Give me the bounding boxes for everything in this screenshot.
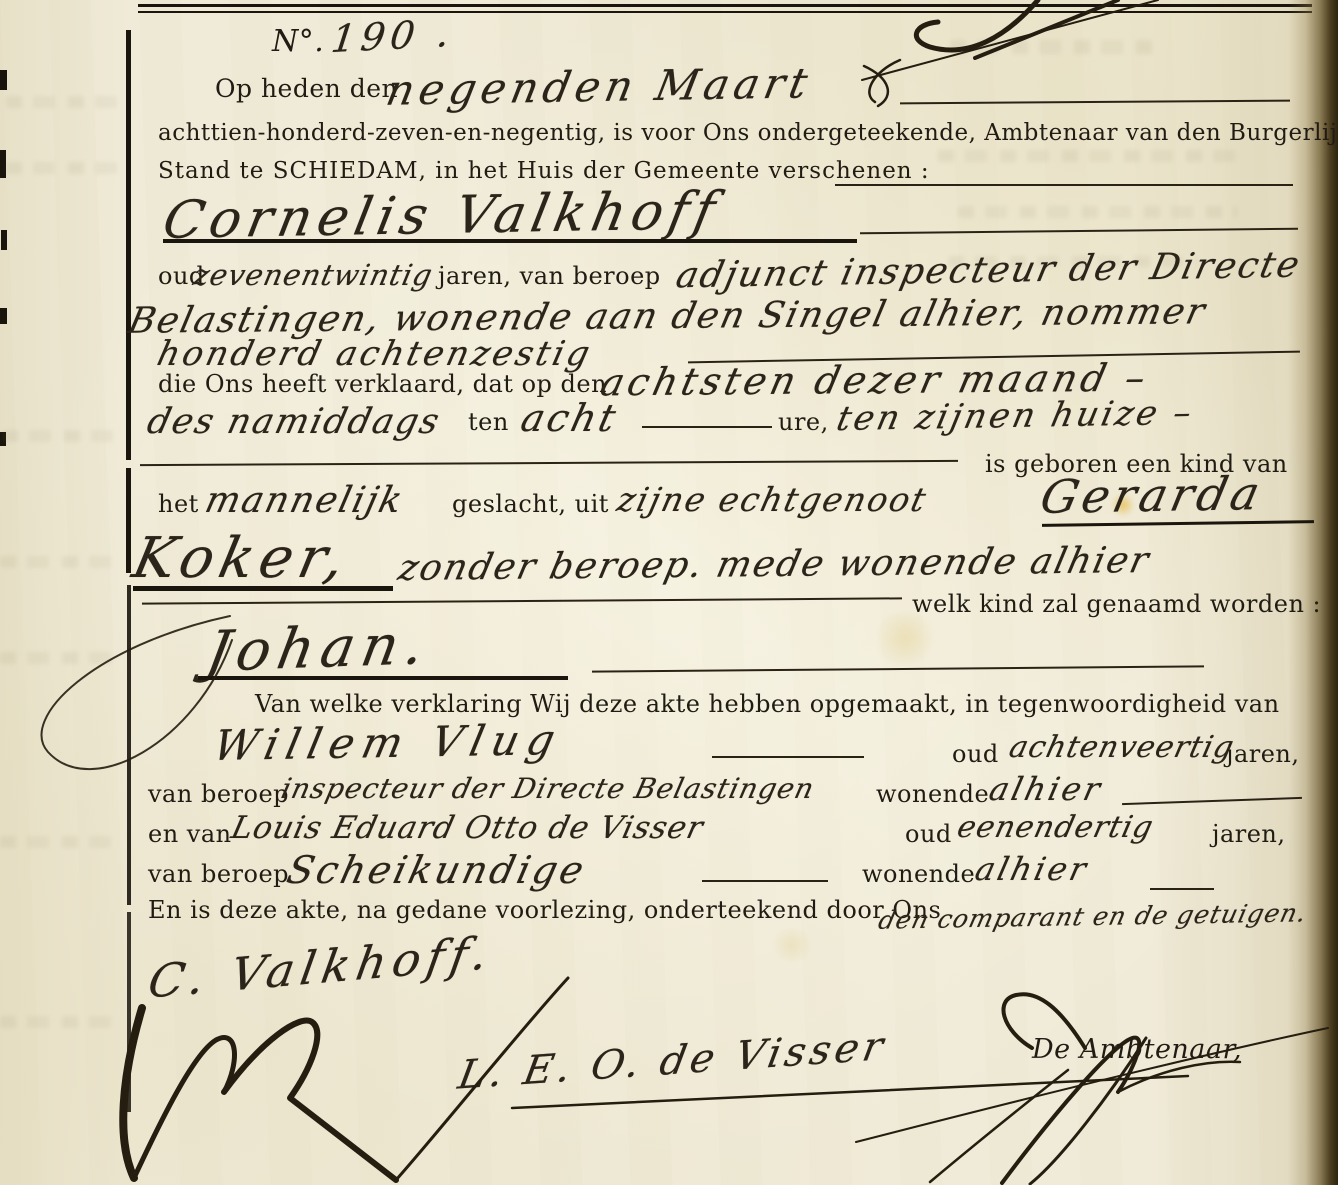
- witness2-beroep: Scheikundige: [283, 848, 591, 892]
- declarant-age: zevenentwintig: [190, 258, 436, 292]
- top-flourish-stroke: [864, 66, 888, 106]
- witness1-beroep: inspecteur der Directe Belastingen: [278, 772, 818, 805]
- bleedthrough-text: [958, 206, 1238, 218]
- blank-fill-line: [860, 228, 1298, 235]
- year-text: achttien-honderd-zeven-en-negentig, is v…: [158, 120, 1338, 146]
- official-title: De Ambtenaar,: [1032, 1034, 1242, 1065]
- closing-text: En is deze akte, na gedane voorlezing, o…: [148, 896, 941, 924]
- scan-edge-mark: [0, 308, 7, 324]
- naming-text: welk kind zal genaamd worden :: [912, 590, 1321, 618]
- top-flourish-stroke: [869, 60, 900, 102]
- blank-fill-line: [712, 756, 864, 758]
- child-name: Johan.: [201, 612, 436, 685]
- witness2-age: eenendertig: [954, 810, 1157, 845]
- mother-detail-handwritten: zonder beroep. mede wonende alhier: [395, 540, 1154, 589]
- signature-flourish-vlug: [224, 1021, 396, 1180]
- witness1-age: achtenveertig: [1006, 730, 1238, 765]
- witness1-jaren-label: jaren,: [1226, 740, 1300, 768]
- blank-fill-line: [592, 665, 1204, 672]
- time-of-day-handwritten: des namiddags: [143, 402, 444, 442]
- birth-certificate-page: N°. 190 . Op heden den negenden Maart ac…: [0, 0, 1338, 1185]
- bleedthrough-text: [0, 836, 120, 848]
- witness2-oud-label: oud: [905, 820, 952, 848]
- signature-official: [930, 1070, 1068, 1182]
- bleedthrough-text: [0, 556, 120, 568]
- witness1-beroep-label: van beroep: [148, 780, 289, 808]
- blank-fill-line: [140, 460, 958, 466]
- signature-flourish-vlug: [134, 1038, 234, 1178]
- paper-stain: [770, 928, 814, 962]
- signature-declarant: C. Valkhoff.: [145, 925, 498, 1008]
- witness1-wonende-label: wonende: [876, 780, 989, 808]
- witness2-place: alhier: [972, 850, 1093, 888]
- birth-place-handwritten: ten zijnen huize –: [833, 393, 1198, 439]
- paper-stain: [870, 612, 940, 664]
- mother-first-name: Gerarda: [1036, 466, 1269, 524]
- margin-rule-seg1: [126, 30, 131, 460]
- blank-fill-line: [900, 100, 1290, 105]
- witness2-jaren-label: jaren,: [1212, 820, 1286, 848]
- mother-last-name: Koker,: [127, 526, 356, 591]
- top-rule-outer: [138, 4, 1312, 7]
- mother-intro-handwritten: zijne echtgenoot: [613, 480, 931, 519]
- date-handwritten: negenden Maart: [382, 58, 816, 114]
- bleedthrough-text: [0, 652, 124, 664]
- bleedthrough-text: [6, 96, 118, 108]
- closing-handwritten: den comparant en de getuigen.: [876, 898, 1310, 934]
- gender-prefix: het: [158, 490, 199, 518]
- witness2-intro-label: en van: [148, 820, 232, 848]
- blank-fill-line: [1122, 797, 1302, 805]
- ten-label: ten: [468, 408, 509, 436]
- gender-suffix: geslacht, uit: [452, 490, 609, 518]
- declarant-occupation-1: adjunct inspecteur der Directe: [672, 245, 1304, 297]
- witness2-beroep-label: van beroep: [148, 860, 289, 888]
- blank-fill-line: [1150, 888, 1214, 890]
- declarant-address: honderd achtenzestig: [153, 334, 596, 374]
- act-number-value: 190 .: [329, 11, 457, 61]
- child-name-swash: [42, 616, 232, 769]
- margin-rule-seg4: [127, 912, 131, 1112]
- witness2-wonende-label: wonende: [862, 860, 975, 888]
- scan-edge-mark: [1, 230, 7, 250]
- witness2-name: Louis Eduard Otto de Visser: [228, 810, 707, 846]
- mother-last-name-underline: [133, 586, 393, 591]
- signature-official: [1118, 1062, 1240, 1092]
- blank-fill-line: [702, 880, 828, 882]
- opening-text: Op heden den: [215, 74, 398, 103]
- signature-witness2: L. E. O. de Visser: [455, 1023, 891, 1098]
- blank-fill-line: [835, 184, 1293, 186]
- margin-rule-seg2: [126, 468, 131, 573]
- top-rule-inner: [138, 11, 1312, 13]
- scan-edge-mark: [0, 70, 7, 90]
- child-name-underline: [198, 676, 568, 680]
- bleedthrough-text: [950, 40, 1160, 54]
- bleedthrough-text: [6, 162, 121, 174]
- place-text: Stand te SCHIEDAM, in het Huis der Gemee…: [158, 158, 930, 184]
- blank-fill-line: [142, 597, 902, 604]
- witness1-oud-label: oud: [952, 740, 999, 768]
- age-suffix: jaren, van beroep: [438, 262, 661, 290]
- gender-handwritten: mannelijk: [201, 480, 408, 521]
- bleedthrough-text: [0, 1016, 118, 1028]
- hour-handwritten: acht: [517, 396, 623, 440]
- witness1-name: Willem Vlug: [209, 715, 567, 770]
- bleedthrough-text: [938, 150, 1238, 162]
- witness1-place: alhier: [986, 770, 1107, 808]
- bleedthrough-text: [2, 430, 120, 442]
- declaration-text: die Ons heeft verklaard, dat op den: [158, 370, 607, 398]
- witness-intro-text: Van welke verklaring Wij deze akte hebbe…: [255, 690, 1280, 718]
- margin-rule-seg3: [127, 585, 131, 905]
- blank-fill-line: [642, 426, 772, 428]
- ure-label: ure,: [778, 408, 829, 436]
- act-number-label: N°.: [272, 24, 324, 59]
- declarant-name-underline: [163, 239, 857, 243]
